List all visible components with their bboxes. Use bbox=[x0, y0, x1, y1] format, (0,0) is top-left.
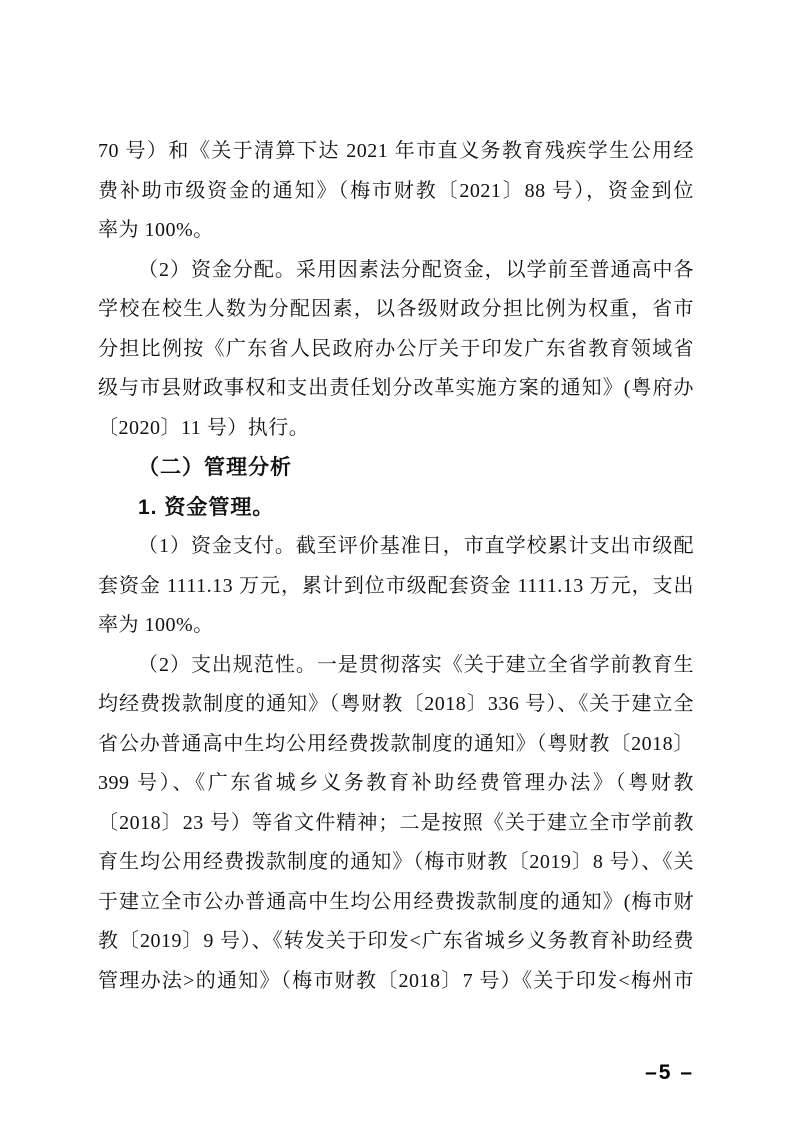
text-line: 育生均公用经费拨款制度的通知》（梅市财教〔2019〕8 号）、《关 bbox=[98, 843, 694, 883]
text-line: 学校在校生人数为分配因素，以各级财政分担比例为权重，省市 bbox=[98, 290, 694, 330]
text-line: （1）资金支付。截至评价基准日，市直学校累计支出市级配 bbox=[98, 527, 694, 567]
text-line: 399 号）、《广东省城乡义务教育补助经费管理办法》（粤财教 bbox=[98, 764, 694, 804]
document-page: 70 号）和《关于清算下达 2021 年市直义务教育残疾学生公用经 费补助市级资… bbox=[0, 0, 793, 1122]
text-line: 级与市县财政事权和支出责任划分改革实施方案的通知》(粤府办 bbox=[98, 369, 694, 409]
subsection-heading-fund-management: 1. 资金管理。 bbox=[98, 488, 694, 528]
text-line: 分担比例按《广东省人民政府办公厅关于印发广东省教育领域省 bbox=[98, 330, 694, 370]
text-line: 省公办普通高中生均公用经费拨款制度的通知》（粤财教〔2018〕 bbox=[98, 725, 694, 765]
text-line: 管理办法>的通知》（梅市财教〔2018〕7 号）《关于印发<梅州市 bbox=[98, 962, 694, 1002]
text-line: （2）资金分配。采用因素法分配资金，以学前至普通高中各 bbox=[98, 251, 694, 291]
text-line: 均经费拨款制度的通知》（粤财教〔2018〕336 号）、《关于建立全 bbox=[98, 685, 694, 725]
text-line: （2）支出规范性。一是贯彻落实《关于建立全省学前教育生 bbox=[98, 646, 694, 686]
text-line: 率为 100%。 bbox=[98, 211, 694, 251]
page-number: –5 – bbox=[645, 1060, 694, 1086]
section-heading-management-analysis: （二）管理分析 bbox=[98, 448, 694, 488]
text-line: 于建立全市公办普通高中生均公用经费拨款制度的通知》(梅市财 bbox=[98, 883, 694, 923]
text-block: 70 号）和《关于清算下达 2021 年市直义务教育残疾学生公用经 费补助市级资… bbox=[98, 132, 694, 1001]
text-line: 〔2020〕11 号）执行。 bbox=[98, 409, 694, 449]
text-line: 费补助市级资金的通知》（梅市财教〔2021〕88 号），资金到位 bbox=[98, 172, 694, 212]
text-line: 套资金 1111.13 万元，累计到位市级配套资金 1111.13 万元，支出 bbox=[98, 567, 694, 607]
text-line: 〔2018〕23 号）等省文件精神；二是按照《关于建立全市学前教 bbox=[98, 804, 694, 844]
text-line: 教〔2019〕9 号）、《转发关于印发<广东省城乡义务教育补助经费 bbox=[98, 922, 694, 962]
text-line: 率为 100%。 bbox=[98, 606, 694, 646]
text-line: 70 号）和《关于清算下达 2021 年市直义务教育残疾学生公用经 bbox=[98, 132, 694, 172]
